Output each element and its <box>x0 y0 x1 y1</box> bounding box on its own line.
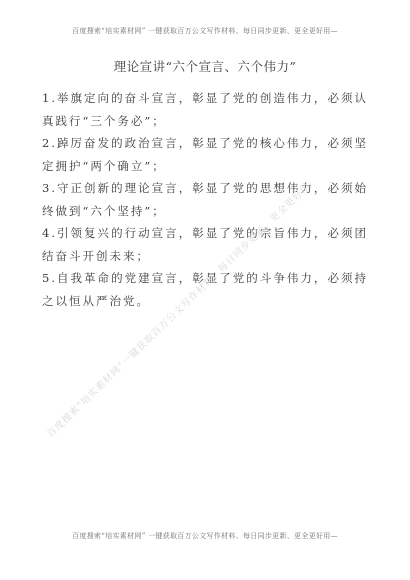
list-item: 2.踔厉奋发的政治宣言，彰显了党的核心伟力，必须坚定拥护“两个确立”； <box>42 132 368 177</box>
list-item: 3.守正创新的理论宣言，彰显了党的思想伟力，必须始终做到“六个坚持”； <box>42 177 368 222</box>
document-page: 百度搜索“培实素材网” 一键获取百万公文写作材料、每日同步更新、更全更好用— 理… <box>0 0 410 580</box>
page-title: 理论宣讲“六个宣言、六个伟力” <box>0 57 410 75</box>
list-item: 5.自我革命的党建宣言，彰显了党的斗争伟力，必须持之以恒从严治党。 <box>42 267 368 312</box>
header-note: 百度搜索“培实素材网” 一键获取百万公文写作材料、每日同步更新、更全更好用— <box>0 26 410 36</box>
list-item: 4.引领复兴的行动宣言，彰显了党的宗旨伟力，必须团结奋斗开创未来； <box>42 222 368 267</box>
document-body: 1.举旗定向的奋斗宣言，彰显了党的创造伟力，必须认真践行“三个务必”； 2.踔厉… <box>42 87 368 312</box>
footer-note: 百度搜索“培实素材网” 一键获取百万公文写作材料、每日同步更新、更全更好用— <box>0 531 410 541</box>
list-item: 1.举旗定向的奋斗宣言，彰显了党的创造伟力，必须认真践行“三个务必”； <box>42 87 368 132</box>
